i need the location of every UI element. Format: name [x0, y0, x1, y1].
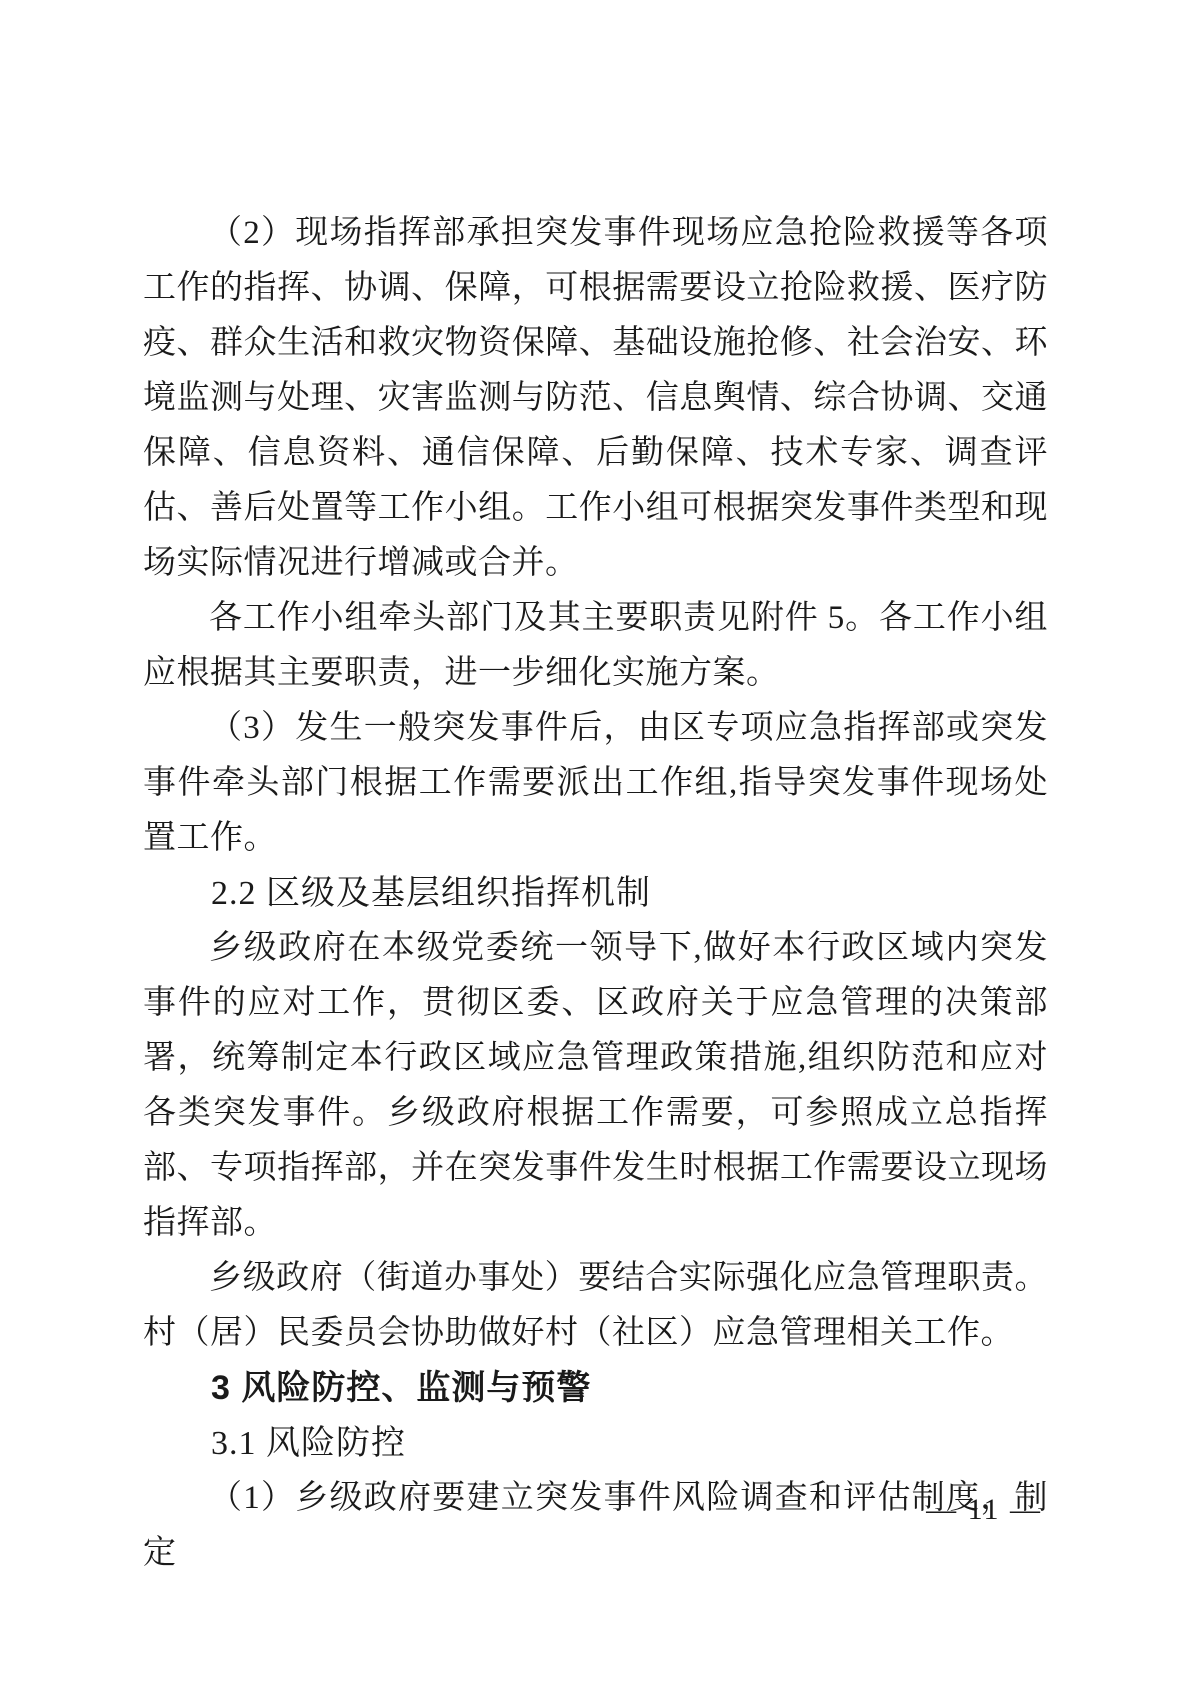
body-paragraph-township-government: 乡级政府在本级党委统一领导下,做好本行政区域内突发事件的应对工作，贯彻区委、区政…	[143, 921, 1048, 1251]
body-paragraph-onsite-command: （2）现场指挥部承担突发事件现场应急抢险救援等各项工作的指挥、协调、保障，可根据…	[143, 206, 1048, 591]
chapter-heading-3: 3 风险防控、监测与预警	[143, 1361, 1048, 1416]
page-number: — 11 —	[926, 1492, 1042, 1528]
body-paragraph-subdistrict-village: 乡级政府（街道办事处）要结合实际强化应急管理职责。村（居）民委员会协助做好村（社…	[143, 1251, 1048, 1361]
body-paragraph-work-groups-duties: 各工作小组牵头部门及其主要职责见附件 5。各工作小组应根据其主要职责，进一步细化…	[143, 591, 1048, 701]
document-page: （2）现场指挥部承担突发事件现场应急抢险救援等各项工作的指挥、协调、保障，可根据…	[0, 0, 1190, 1683]
document-body: （2）现场指挥部承担突发事件现场应急抢险救援等各项工作的指挥、协调、保障，可根据…	[143, 206, 1048, 1581]
body-paragraph-general-incident: （3）发生一般突发事件后，由区专项应急指挥部或突发事件牵头部门根据工作需要派出工…	[143, 701, 1048, 866]
body-paragraph-risk-assessment: （1）乡级政府要建立突发事件风险调查和评估制度，制定	[143, 1471, 1048, 1581]
section-heading-3-1: 3.1 风险防控	[143, 1416, 1048, 1471]
section-heading-2-2: 2.2 区级及基层组织指挥机制	[143, 866, 1048, 921]
